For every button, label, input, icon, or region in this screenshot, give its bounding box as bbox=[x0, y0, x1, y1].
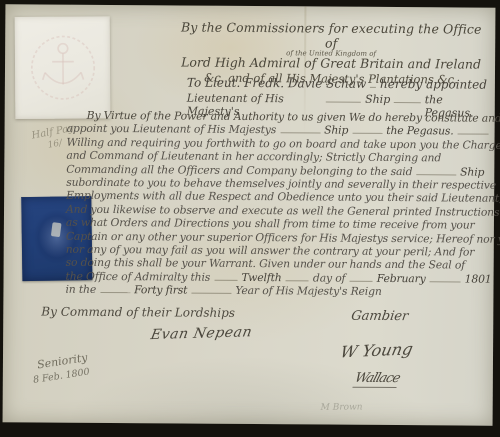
ruled-blank bbox=[458, 126, 489, 135]
date-line-text: the Office of Admiralty this bbox=[66, 270, 211, 284]
lord-signature-1: Gambier bbox=[350, 309, 409, 324]
appointee-name: To Lieut. Fredk. Davie Schaw bbox=[187, 76, 366, 91]
month-written: February bbox=[377, 272, 426, 286]
ruled-blank bbox=[394, 94, 421, 103]
reign-line: in the Forty first Year of His Majesty's… bbox=[65, 283, 491, 299]
date-line-text: day of bbox=[313, 271, 346, 285]
ruled-blank bbox=[370, 78, 376, 88]
embossed-wafer-seal bbox=[15, 16, 111, 119]
secretary-signature: Evan Nepean bbox=[149, 324, 253, 343]
ruled-blank bbox=[416, 166, 456, 175]
anchor-emboss-icon bbox=[26, 31, 99, 104]
ruled-blank bbox=[214, 272, 237, 281]
warrant-body: By Virtue of the Power and Authority to … bbox=[65, 109, 492, 300]
ruled-blank bbox=[191, 285, 231, 294]
ruled-blank bbox=[349, 272, 372, 281]
ruled-blank bbox=[286, 272, 309, 281]
ruled-blank bbox=[430, 273, 461, 282]
heading-line-1: By the Commissioners for executing the O… bbox=[177, 19, 485, 51]
ruled-blank bbox=[326, 93, 361, 102]
document-paper: By the Commissioners for executing the O… bbox=[3, 4, 496, 425]
body-line-text: appoint you Lieutenant of His Majestys bbox=[67, 122, 277, 137]
reign-line-text: Year of His Majesty's Reign bbox=[235, 284, 381, 298]
stamp-emboss-fleck bbox=[51, 222, 62, 237]
photo-background: By the Commissioners for executing the O… bbox=[0, 0, 500, 437]
ruled-blank bbox=[280, 125, 320, 134]
appointed-text: hereby appointed bbox=[380, 77, 487, 92]
reign-line-text: in the bbox=[65, 283, 96, 297]
by-command-text: By Command of their Lordships bbox=[41, 305, 235, 320]
ruled-blank bbox=[100, 284, 130, 293]
reign-year-written: Forty first bbox=[134, 283, 187, 297]
ship-word: Ship bbox=[324, 124, 348, 138]
lord-signature-2: W Young bbox=[339, 339, 415, 361]
day-written: Twelfth bbox=[241, 271, 281, 285]
lord-signature-3: Wallace bbox=[352, 371, 401, 388]
ruled-blank bbox=[352, 125, 382, 134]
appointee-line: To Lieut. Fredk. Davie Schaw hereby appo… bbox=[187, 76, 487, 92]
ship-name: the Pegasus. bbox=[386, 124, 453, 138]
heading-line-2: Lord High Admiral of Great Britain and I… bbox=[177, 54, 485, 71]
year-written: 1801 bbox=[465, 272, 492, 286]
pencil-annotation: M Brown bbox=[321, 402, 363, 412]
ship-word: Ship bbox=[460, 165, 484, 179]
ship-word: Ship bbox=[365, 93, 390, 106]
